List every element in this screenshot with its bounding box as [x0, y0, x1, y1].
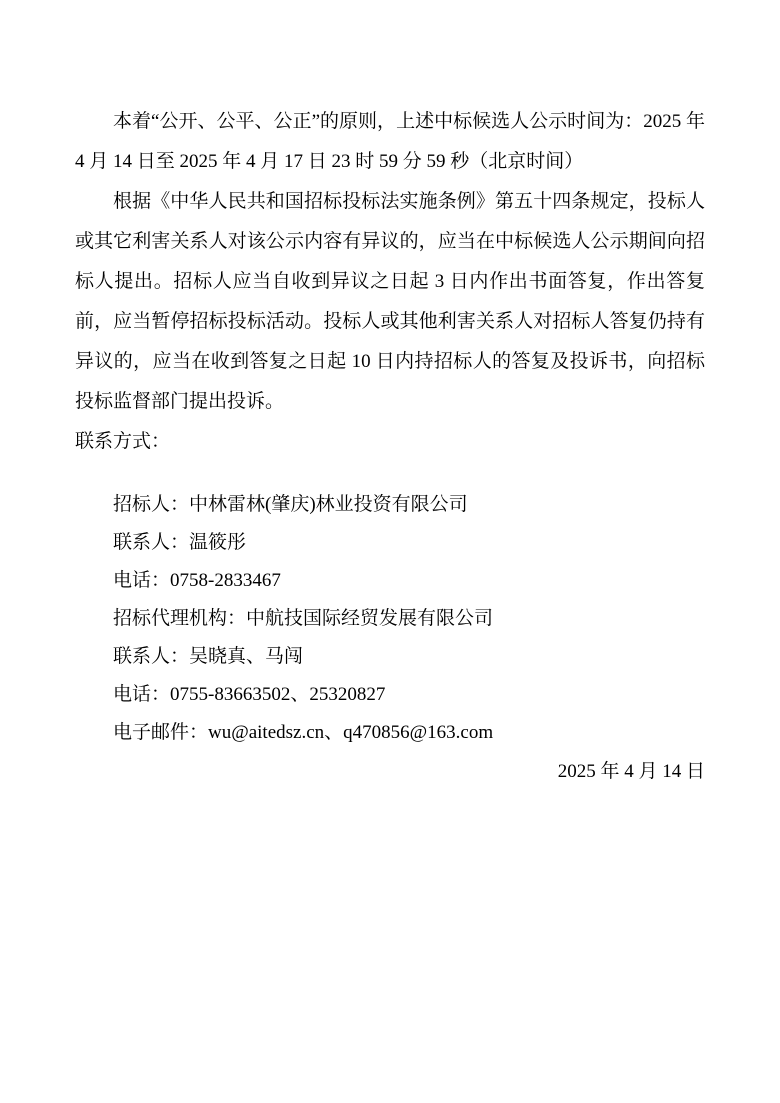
contact-heading: 联系方式：: [75, 422, 705, 462]
paragraph-objection-procedure: 根据《中华人民共和国招标投标法实施条例》第五十四条规定，投标人或其它利害关系人对…: [75, 182, 705, 422]
document-page: 本着“公开、公平、公正”的原则，上述中标候选人公示时间为：2025 年 4 月 …: [0, 0, 780, 1103]
paragraph-notice-period: 本着“公开、公平、公正”的原则，上述中标候选人公示时间为：2025 年 4 月 …: [75, 102, 705, 182]
document-date: 2025 年 4 月 14 日: [75, 752, 705, 792]
contact-line-tenderer-phone: 电话：0758-2833467: [113, 562, 705, 600]
contact-block: 招标人：中林雷林(肇庆)林业投资有限公司 联系人：温筱彤 电话：0758-283…: [75, 486, 705, 752]
contact-line-agency-contact-person: 联系人：吴晓真、马闯: [113, 638, 705, 676]
contact-line-agency-email: 电子邮件：wu@aitedsz.cn、q470856@163.com: [113, 714, 705, 752]
contact-line-agency-phone: 电话：0755-83663502、25320827: [113, 676, 705, 714]
contact-line-tenderer-contact-person: 联系人：温筱彤: [113, 524, 705, 562]
contact-line-tenderer: 招标人：中林雷林(肇庆)林业投资有限公司: [113, 486, 705, 524]
contact-line-agency: 招标代理机构：中航技国际经贸发展有限公司: [113, 600, 705, 638]
